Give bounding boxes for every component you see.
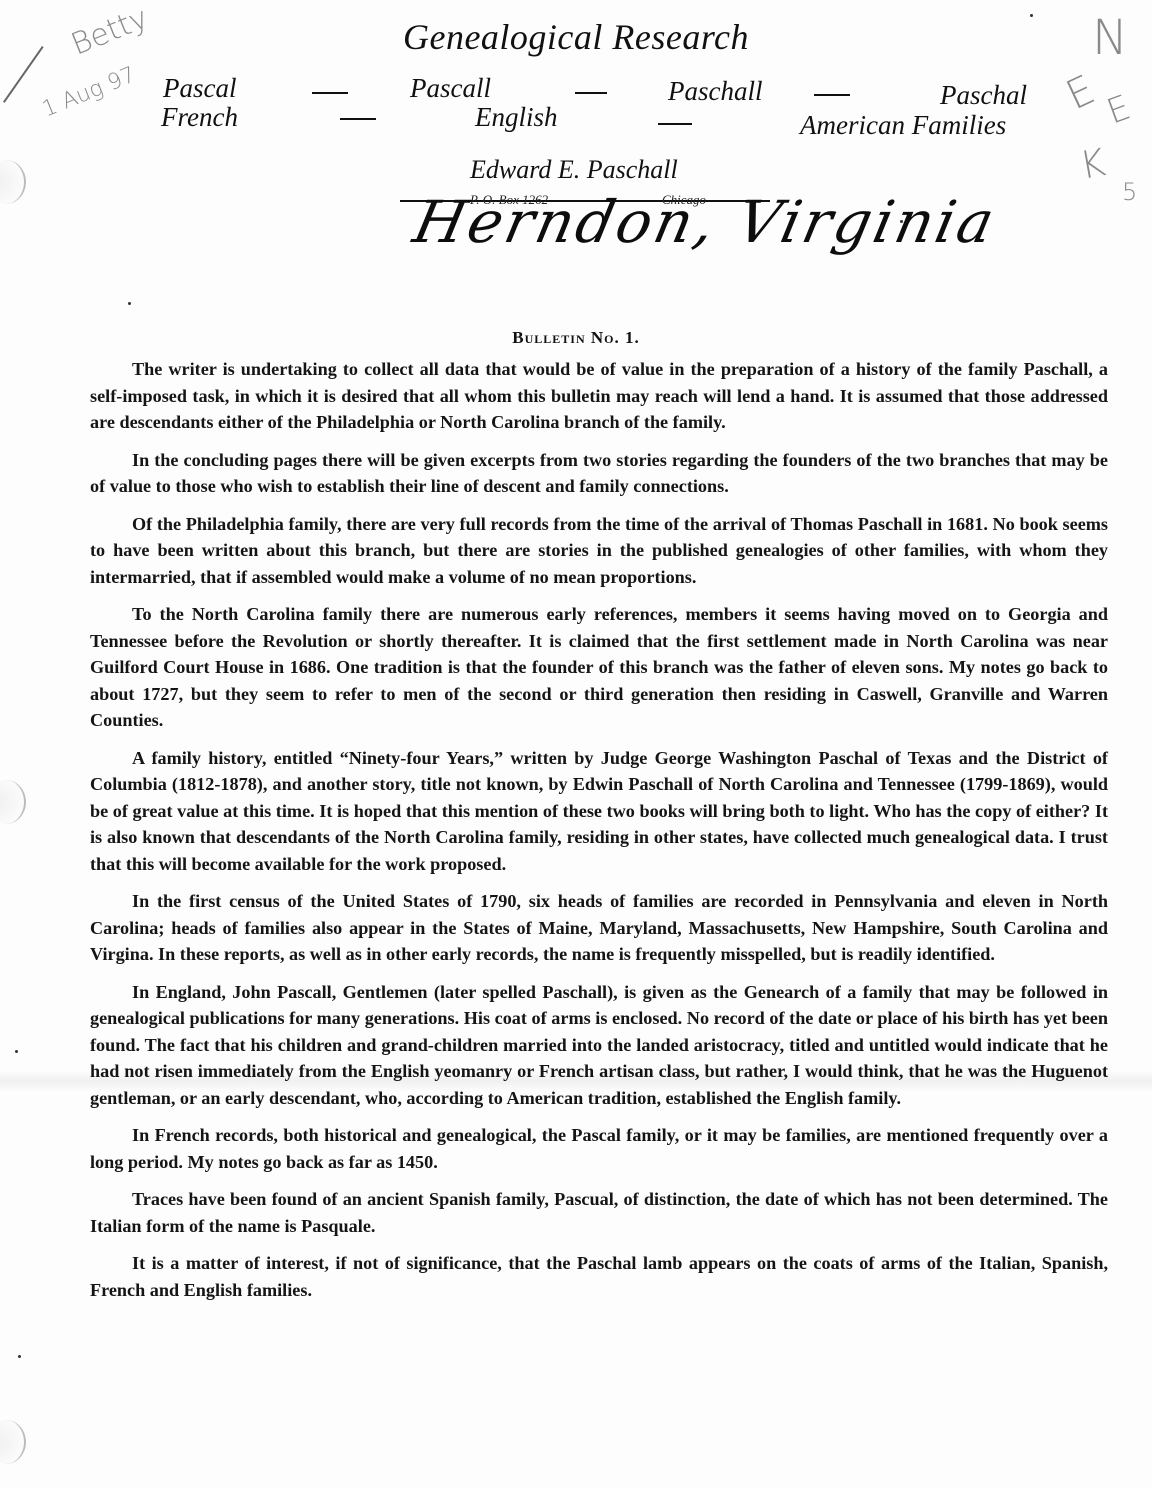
ink-speck [18, 1355, 21, 1358]
ink-speck [15, 1050, 18, 1053]
paragraph: The writer is undertaking to collect all… [90, 356, 1108, 436]
dash-separator [658, 123, 692, 125]
paragraph: In the concluding pages there will be gi… [90, 447, 1108, 500]
dash-separator [814, 94, 850, 96]
origin-french: French [161, 102, 238, 133]
pencil-note-date: 1 Aug 97 [39, 63, 139, 123]
paragraph: It is a matter of interest, if not of si… [90, 1250, 1108, 1303]
origin-english: English [475, 102, 558, 133]
dash-separator [312, 92, 348, 94]
bulletin-body: The writer is undertaking to collect all… [90, 356, 1108, 1314]
letterhead-title: Genealogical Research [0, 16, 1152, 58]
paragraph: To the North Carolina family there are n… [90, 601, 1108, 734]
paragraph: Of the Philadelphia family, there are ve… [90, 511, 1108, 591]
document-page: Genealogical Research Pascal French Pasc… [0, 0, 1152, 1488]
dash-separator [340, 118, 376, 120]
dash-separator [575, 92, 607, 94]
paragraph: In England, John Pascall, Gentlemen (lat… [90, 979, 1108, 1112]
binder-hole [0, 160, 26, 204]
paragraph: A family history, entitled “Ninety-four … [90, 745, 1108, 878]
pencil-letter: E [1059, 67, 1101, 119]
bulletin-heading: Bulletin No. 1. [0, 328, 1152, 348]
pencil-letter: E [1102, 88, 1136, 133]
name-paschall: Paschall [668, 76, 763, 107]
name-pascall: Pascall [410, 73, 491, 104]
paragraph: In the first census of the United States… [90, 888, 1108, 968]
binder-hole [0, 780, 26, 824]
binder-hole [0, 1420, 26, 1464]
ink-speck [128, 302, 131, 305]
paragraph: In French records, both historical and g… [90, 1122, 1108, 1175]
origin-american-families: American Families [800, 110, 1006, 141]
name-paschal: Paschal [940, 80, 1027, 111]
pencil-letter: 5 [1122, 178, 1137, 206]
author-name: Edward E. Paschall [470, 155, 678, 185]
handwritten-location: Herndon, Virginia [408, 188, 1003, 256]
name-pascal: Pascal [163, 73, 237, 104]
pencil-letter: K [1076, 140, 1108, 188]
pencil-letter: N [1092, 10, 1128, 66]
paragraph: Traces have been found of an ancient Spa… [90, 1186, 1108, 1239]
